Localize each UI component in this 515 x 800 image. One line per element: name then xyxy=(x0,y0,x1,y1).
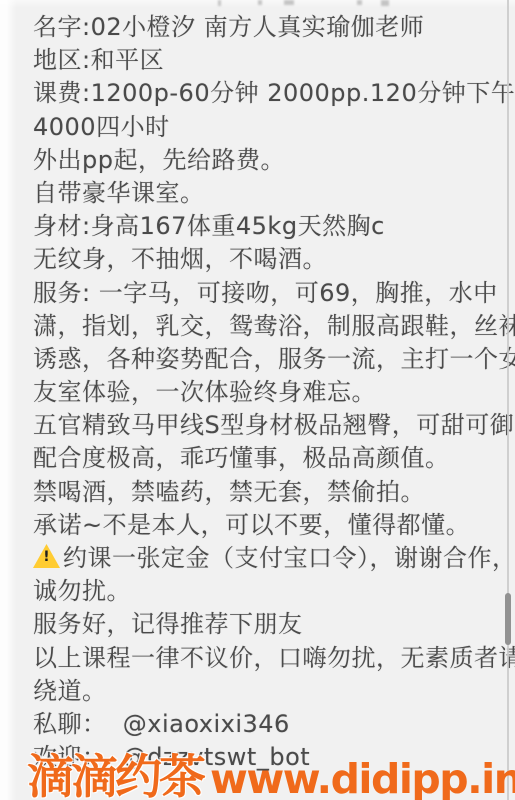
text-line: 身材:身高167体重45kg天然胸c xyxy=(33,210,511,243)
text-line: 潇，指划，乳交，鸳鸯浴，制服高跟鞋，丝袜 xyxy=(33,310,511,343)
scrollbar-thumb[interactable] xyxy=(505,593,511,645)
line-text: 配合度极高，乖巧懂事，极品高颜值。 xyxy=(33,444,450,472)
line-text: 诚勿扰。 xyxy=(33,577,131,605)
text-line: 名字:02小橙汐 南方人真实瑜伽老师 xyxy=(33,11,511,44)
line-text: 4000四小时 xyxy=(33,113,170,141)
line-text: 绕道。 xyxy=(33,677,107,705)
text-line: 4000四小时 xyxy=(33,111,511,144)
text-line: 禁喝酒，禁嗑药，禁无套，禁偷拍。 xyxy=(33,476,511,509)
watermark-brand: 滴滴约茶 xyxy=(27,740,203,800)
clipped-text-fragment xyxy=(284,0,294,5)
line-text: 地区:和平区 xyxy=(33,46,164,74)
line-text: 无纹身，不抽烟，不喝酒。 xyxy=(33,245,327,273)
line-text: 身材:身高167体重45kg天然胸c xyxy=(33,212,385,240)
text-line: 课费:1200p-60分钟 2000pp.120分钟下午茶 xyxy=(33,77,511,110)
text-line: 绕道。 xyxy=(33,675,511,708)
line-text: 友室体验，一次体验终身难忘。 xyxy=(33,378,376,406)
screenshot-page: 名字:02小橙汐 南方人真实瑜伽老师地区:和平区课费:1200p-60分钟 20… xyxy=(0,0,515,800)
text-line: !约课一张定金（支付宝口令），谢谢合作，非 xyxy=(33,542,511,575)
text-line: 诱惑，各种姿势配合，服务一流，主打一个女 xyxy=(33,343,511,376)
line-text: 以上课程一律不议价，口嗨勿扰，无素质者请 xyxy=(33,644,515,672)
line-text: 约课一张定金（支付宝口令），谢谢合作，非 xyxy=(63,544,515,572)
text-line: 诚勿扰。 xyxy=(33,575,511,608)
line-text: 承诺~不是本人，可以不要，懂得都懂。 xyxy=(33,511,470,539)
watermark: 滴滴约茶 www.didipp.info xyxy=(27,740,515,800)
line-text: 潇，指划，乳交，鸳鸯浴，制服高跟鞋，丝袜 xyxy=(33,312,515,340)
line-text: 诱惑，各种姿势配合，服务一流，主打一个女 xyxy=(33,345,515,373)
line-text: 私聊： @xiaoxixi346 xyxy=(33,710,290,738)
text-line: 承诺~不是本人，可以不要，懂得都懂。 xyxy=(33,509,511,542)
line-text: 自带豪华课室。 xyxy=(33,179,205,207)
line-text: 外出pp起，先给路费。 xyxy=(33,146,285,174)
line-text: 服务: 一字马，可接吻，可69，胸推，水中 xyxy=(33,279,498,307)
text-line: 私聊： @xiaoxixi346 xyxy=(33,708,511,741)
scrollbar-track xyxy=(507,0,509,800)
text-line: 配合度极高，乖巧懂事，极品高颜值。 xyxy=(33,442,511,475)
line-text: 禁喝酒，禁嗑药，禁无套，禁偷拍。 xyxy=(33,478,425,506)
clipped-text-fragment xyxy=(218,0,221,6)
clipped-text-fragment xyxy=(258,0,262,5)
warning-triangle-icon: ! xyxy=(33,544,60,568)
clipped-text-fragment xyxy=(357,0,362,5)
clipped-text-fragment xyxy=(381,0,389,6)
text-line: 友室体验，一次体验终身难忘。 xyxy=(33,376,511,409)
text-line: 外出pp起，先给路费。 xyxy=(33,144,511,177)
line-text: 五官精致马甲线S型身材极品翘臀，可甜可御 xyxy=(33,411,514,439)
text-line: 服务: 一字马，可接吻，可69，胸推，水中 xyxy=(33,277,511,310)
text-line: 五官精致马甲线S型身材极品翘臀，可甜可御 xyxy=(33,409,511,442)
text-line: 无纹身，不抽烟，不喝酒。 xyxy=(33,243,511,276)
text-line: 服务好，记得推荐下朋友 xyxy=(33,608,511,641)
line-text: 服务好，记得推荐下朋友 xyxy=(33,610,303,638)
text-line: 自带豪华课室。 xyxy=(33,177,511,210)
text-line: 以上课程一律不议价，口嗨勿扰，无素质者请 xyxy=(33,642,511,675)
line-text: 名字:02小橙汐 南方人真实瑜伽老师 xyxy=(33,13,424,41)
left-edge-highlight xyxy=(0,0,16,800)
text-line: 地区:和平区 xyxy=(33,44,511,77)
line-text: 课费:1200p-60分钟 2000pp.120分钟下午茶 xyxy=(33,79,515,107)
watermark-url: www.didipp.info xyxy=(210,755,515,800)
post-text: 名字:02小橙汐 南方人真实瑜伽老师地区:和平区课费:1200p-60分钟 20… xyxy=(33,11,511,774)
